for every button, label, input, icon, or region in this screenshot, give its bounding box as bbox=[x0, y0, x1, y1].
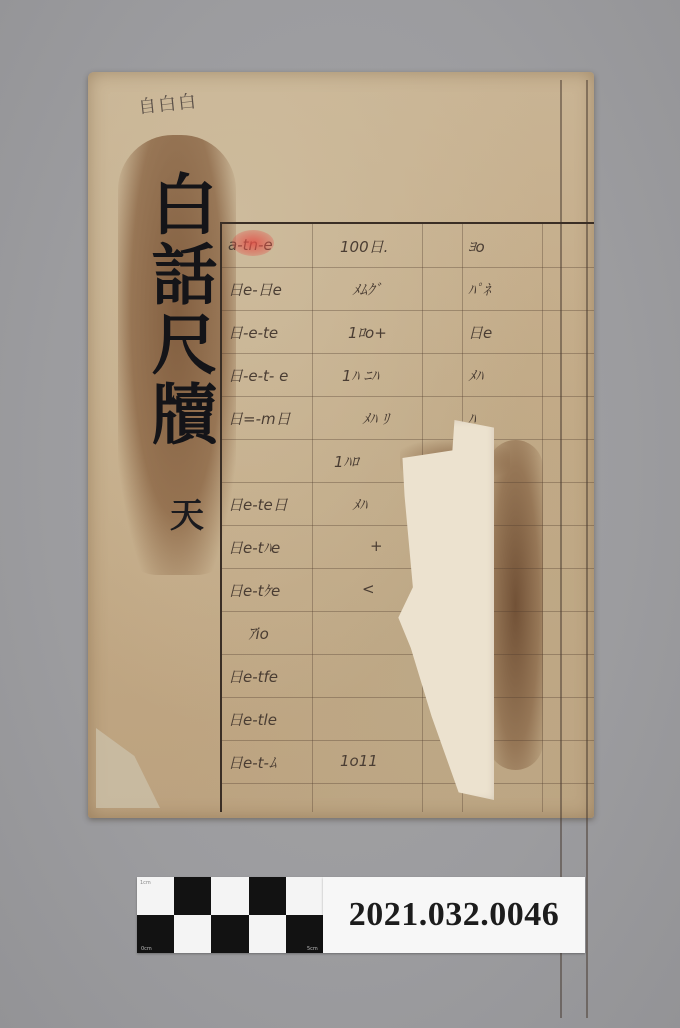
row-label: 日e-tfe bbox=[228, 666, 278, 687]
row-unit: ﾖo bbox=[468, 236, 485, 257]
row-label: 日e-t-ﾑ bbox=[228, 752, 276, 773]
row-unit: 日e bbox=[468, 322, 492, 343]
row-label: 日e-tle bbox=[228, 709, 277, 730]
ledger-row: a-tn-e 100日. ﾖo bbox=[222, 224, 594, 268]
ledger-row: 日e-t-ﾑ 1o11 bbox=[222, 740, 594, 784]
scale-square-white bbox=[211, 877, 248, 915]
row-value: 100日. bbox=[340, 236, 388, 257]
color-scale-bar bbox=[137, 877, 323, 953]
accession-number-label: 2021.032.0046 bbox=[323, 877, 585, 953]
scale-label-start: 0cm bbox=[141, 946, 152, 952]
row-unit: ﾊﾟﾈ bbox=[468, 279, 491, 300]
scale-square-white bbox=[286, 877, 323, 915]
book-title: 白話尺牘 bbox=[132, 170, 222, 450]
row-label: 日e-日e bbox=[228, 279, 282, 300]
ledger-row: 日e-tfe bbox=[222, 654, 594, 698]
scale-square-black bbox=[249, 877, 286, 915]
book-volume: 天 bbox=[170, 488, 204, 537]
ledger-row: 日=-m日 ﾒﾊ ﾘ ﾊ bbox=[222, 396, 594, 440]
row-value: ﾒﾑｸﾞ bbox=[352, 279, 382, 300]
row-label: 日-e-t- e bbox=[228, 365, 288, 386]
row-value: < bbox=[362, 580, 375, 598]
row-value: 1ﾛo+ bbox=[348, 322, 387, 343]
row-label: 日e-te日 bbox=[228, 494, 288, 515]
row-unit: ﾒﾊ bbox=[468, 365, 483, 386]
scale-square-black bbox=[211, 915, 248, 953]
scale-square-white bbox=[174, 915, 211, 953]
row-label: 日e-tｹe bbox=[228, 580, 280, 601]
row-label: 日e-tﾊe bbox=[228, 537, 280, 558]
row-value: 1ﾊ ﾆﾊ bbox=[342, 365, 379, 386]
row-label: 日=-m日 bbox=[228, 408, 291, 429]
scale-label-end: 5cm bbox=[307, 946, 318, 952]
scale-square-black bbox=[174, 877, 211, 915]
row-value: + bbox=[370, 537, 383, 555]
ledger-row: 日-e-te 1ﾛo+ 日e bbox=[222, 310, 594, 354]
ledger-row: 日-e-t- e 1ﾊ ﾆﾊ ﾒﾊ bbox=[222, 353, 594, 397]
row-value: 1ﾊﾛ bbox=[334, 451, 359, 472]
red-seal-mark bbox=[232, 230, 274, 256]
scale-label-top: 1cm bbox=[140, 880, 151, 886]
ledger-row: 日e-日e ﾒﾑｸﾞ ﾊﾟﾈ bbox=[222, 267, 594, 311]
row-value: ﾒﾊ bbox=[352, 494, 367, 515]
scale-square-white bbox=[249, 915, 286, 953]
row-label: 日-e-te bbox=[228, 322, 278, 343]
ledger-row: 日e-tle bbox=[222, 697, 594, 741]
row-value: ﾒﾊ ﾘ bbox=[362, 408, 389, 429]
row-label: ｱio bbox=[248, 623, 269, 644]
row-value: 1o11 bbox=[340, 752, 378, 770]
